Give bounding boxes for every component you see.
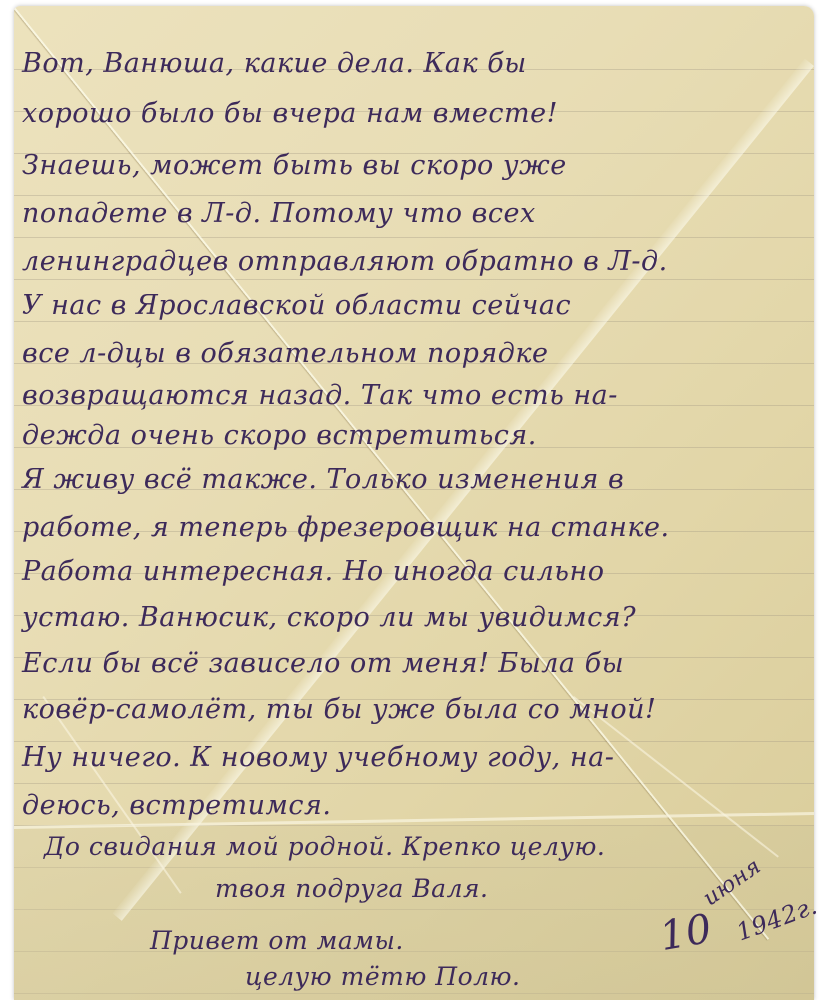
signature: твоя подруга Валя. xyxy=(215,874,489,903)
letter-line: Я живу всё также. Только изменения в xyxy=(22,464,624,495)
letter-line: попадете в Л-д. Потому что всех xyxy=(22,198,536,229)
letter-line: все л-дцы в обязательном порядке xyxy=(22,338,548,369)
letter-line: деюсь, встретимся. xyxy=(22,790,332,821)
letter-line: Работа интересная. Но иногда сильно xyxy=(22,556,605,587)
postscript-mother: Привет от мамы. xyxy=(150,926,404,955)
letter-line: ковёр-самолёт, ты бы уже была со мной! xyxy=(22,694,656,725)
letter-line: ленинградцев отправляют обратно в Л-д. xyxy=(22,246,668,277)
farewell-line: До свидания мой родной. Крепко целую. xyxy=(44,832,605,861)
letter-line: Если бы всё зависело от меня! Была бы xyxy=(22,648,624,679)
letter-line: хорошо было бы вчера нам вместе! xyxy=(22,98,558,129)
letter-line: Ну ничего. К новому учебному году, на- xyxy=(22,742,614,773)
letter-line: Вот, Ванюша, какие дела. Как бы xyxy=(22,48,527,79)
letter-line: Знаешь, может быть вы скоро уже xyxy=(22,150,567,181)
letter-line: работе, я теперь фрезеровщик на станке. xyxy=(22,512,670,543)
letter-line: дежда очень скоро встретиться. xyxy=(22,420,537,451)
postscript-aunt: целую тётю Полю. xyxy=(245,962,521,991)
letter-line: устаю. Ванюсик, скоро ли мы увидимся? xyxy=(22,602,636,633)
date-day: 10 xyxy=(656,906,715,960)
letter-line: У нас в Ярославской области сейчас xyxy=(22,290,571,321)
letter-line: возвращаются назад. Так что есть на- xyxy=(22,380,618,411)
